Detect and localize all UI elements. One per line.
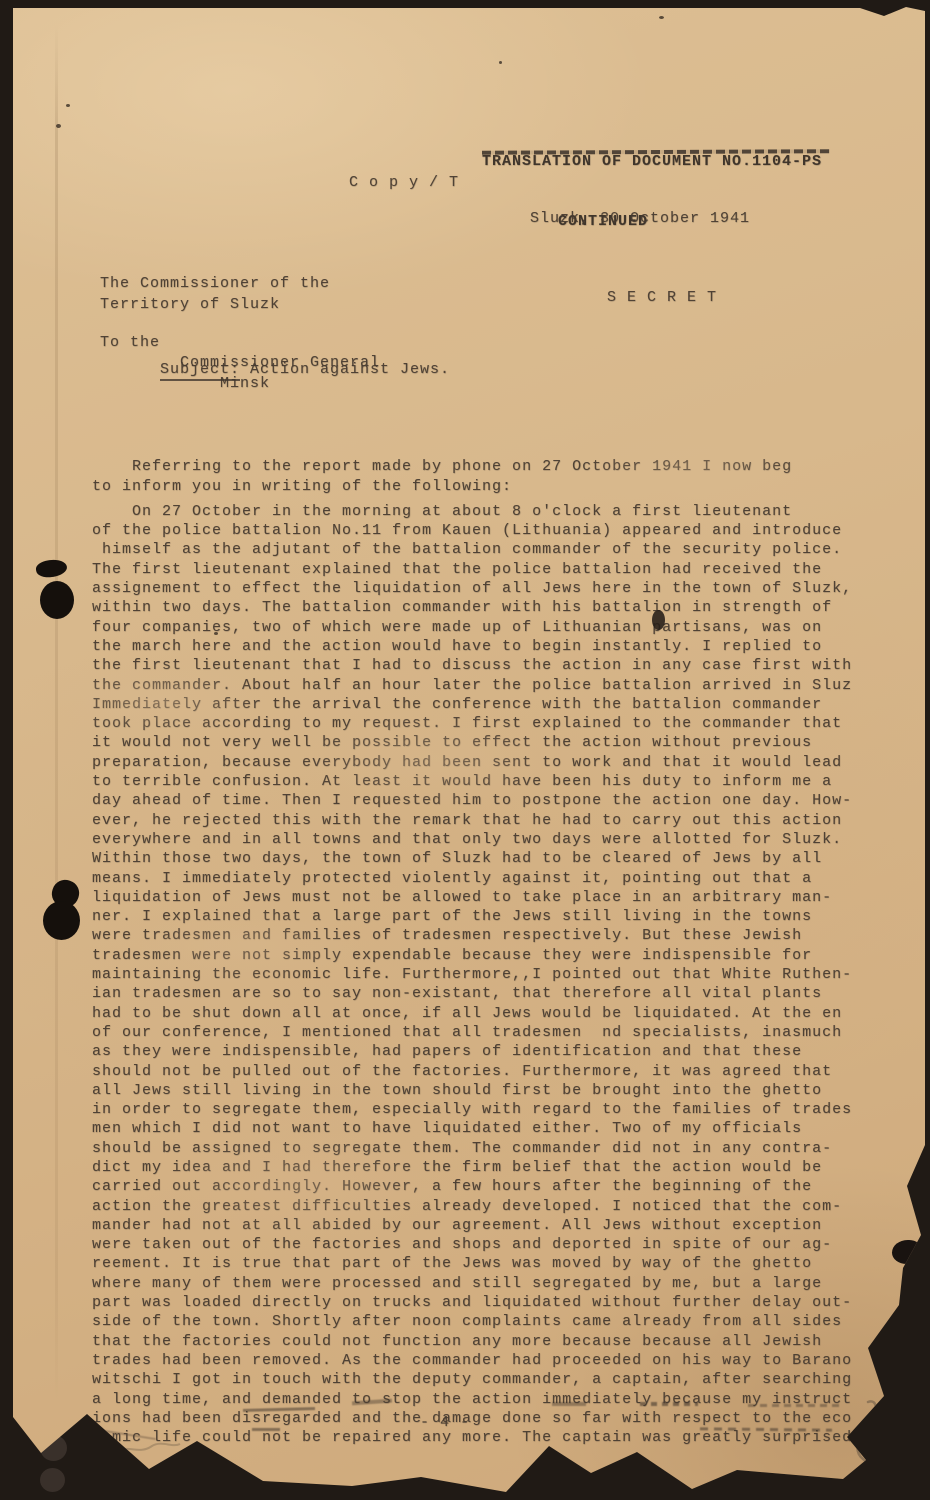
typed-line: part was loaded directly on trucks and l… bbox=[92, 1293, 852, 1312]
typed-line: day ahead of time. Then I requested him … bbox=[92, 791, 852, 810]
typed-line: should be assigned to segregate them. Th… bbox=[92, 1139, 852, 1158]
typed-line: ions had been disregarded and the damage… bbox=[92, 1409, 852, 1428]
typed-line: carried out accordingly. However, a few … bbox=[92, 1177, 852, 1196]
copy-label: C o p y / T bbox=[349, 174, 459, 191]
typed-line: nomic life could not be repaired any mor… bbox=[92, 1428, 852, 1447]
paper-speck bbox=[499, 61, 502, 64]
paper-speck bbox=[56, 124, 61, 128]
torn-edge-shadow bbox=[892, 1240, 922, 1264]
typed-line: tradesmen were not simply expendable bec… bbox=[92, 946, 852, 965]
typed-line: were taken out of the factories and shop… bbox=[92, 1235, 852, 1254]
pencil-mark bbox=[112, 1438, 182, 1460]
typed-line: should not be pulled out of the factorie… bbox=[92, 1062, 852, 1081]
subject-line: Subject: Action against Jews. bbox=[100, 344, 450, 395]
page-number: - 4 - bbox=[420, 1414, 470, 1431]
photo-background: TRANSLATION OF DOCUMENT NO.1104-PS CONTI… bbox=[0, 0, 930, 1500]
typed-line: it would not very well be possible to ef… bbox=[92, 733, 852, 752]
typed-line: himself as the adjutant of the battalion… bbox=[92, 540, 852, 559]
typed-line: liquidation of Jews must not be allowed … bbox=[92, 888, 852, 907]
dateline: Sluzk, 30 October 1941 bbox=[530, 210, 750, 227]
binder-hole-shadow-2 bbox=[40, 1468, 65, 1492]
typed-line: witschi I got in touch with the deputy c… bbox=[92, 1370, 852, 1389]
smudge-mark bbox=[903, 1392, 921, 1395]
document-page: TRANSLATION OF DOCUMENT NO.1104-PS CONTI… bbox=[0, 0, 930, 1500]
typed-line: ian tradesmen are so to say non-existant… bbox=[92, 984, 852, 1003]
typed-line: all Jews still living in the town should… bbox=[92, 1081, 852, 1100]
typed-line: had to be shut down all at once, if all … bbox=[92, 1004, 852, 1023]
typed-line: took place according to my request. I fi… bbox=[92, 714, 852, 733]
ink-blot bbox=[652, 610, 665, 630]
typed-line: were tradesmen and families of tradesmen… bbox=[92, 926, 852, 945]
typed-line: mander had not at all abided by our agre… bbox=[92, 1216, 852, 1235]
typed-line: four companies, two of which were made u… bbox=[92, 618, 852, 637]
typed-line: a long time, and demanded to stop the ac… bbox=[92, 1390, 852, 1409]
smudge-mark bbox=[640, 1402, 698, 1406]
typed-line: reement. It is true that part of the Jew… bbox=[92, 1254, 852, 1273]
typed-line: ner. I explained that a large part of th… bbox=[92, 907, 852, 926]
typed-line: everywhere and in all towns and that onl… bbox=[92, 830, 852, 849]
typed-line: Immediately after the arrival the confer… bbox=[92, 695, 852, 714]
typed-line: On 27 October in the morning at about 8 … bbox=[92, 502, 852, 521]
paragraph-2: On 27 October in the morning at about 8 … bbox=[92, 444, 852, 1447]
paper-crease bbox=[55, 24, 58, 1404]
typed-line: that the factories could not function an… bbox=[92, 1332, 852, 1351]
typed-line: the commander. About half an hour later … bbox=[92, 676, 852, 695]
typed-line: dict my idea and I had therefore the fir… bbox=[92, 1158, 852, 1177]
smudge-mark bbox=[748, 1404, 840, 1407]
typed-line: Within those two days, the town of Sluzk… bbox=[92, 849, 852, 868]
typed-line: assignement to effect the liquidation of… bbox=[92, 579, 852, 598]
smudge-mark bbox=[552, 1402, 586, 1406]
typed-line: of our conference, I mentioned that all … bbox=[92, 1023, 852, 1042]
punched-hole-icon bbox=[40, 581, 74, 619]
typed-line: ever, he rejected this with the remark t… bbox=[92, 811, 852, 830]
typed-line: in order to segregate them, especially w… bbox=[92, 1100, 852, 1119]
punched-hole-icon bbox=[43, 901, 80, 940]
typed-line: means. I immediately protected violently… bbox=[92, 869, 852, 888]
typed-line: action the greatest difficulties already… bbox=[92, 1197, 852, 1216]
typed-line: where many of them were processed and st… bbox=[92, 1274, 852, 1293]
subject-text: Action against Jews. bbox=[240, 361, 450, 378]
typed-line: within two days. The battalion commander… bbox=[92, 598, 852, 617]
punched-hole-icon bbox=[35, 558, 68, 579]
typed-line: of the police battalion No.11 from Kauen… bbox=[92, 521, 852, 540]
typed-line: preparation, because everybody had been … bbox=[92, 753, 852, 772]
subject-label: Subject: bbox=[160, 361, 240, 381]
typed-line: trades had been removed. As the commande… bbox=[92, 1351, 852, 1370]
typed-line: side of the town. Shortly after noon com… bbox=[92, 1312, 852, 1331]
pencil-mark bbox=[846, 1398, 882, 1482]
typed-line: as they were indispensible, had papers o… bbox=[92, 1042, 852, 1061]
paper-speck bbox=[66, 104, 70, 107]
classification-stamp: S E C R E T bbox=[607, 289, 717, 306]
typed-line: men which I did not want to have liquida… bbox=[92, 1119, 852, 1138]
typed-line: the first lieutenant that I had to discu… bbox=[92, 656, 852, 675]
typed-line: to terrible confusion. At least it would… bbox=[92, 772, 852, 791]
typed-line: maintaining the economic life. Furthermo… bbox=[92, 965, 852, 984]
typed-line: the march here and the action would have… bbox=[92, 637, 852, 656]
paper-speck bbox=[659, 16, 664, 19]
document-header: TRANSLATION OF DOCUMENT NO.1104-PS CONTI… bbox=[482, 112, 836, 272]
typed-line: The first lieutenant explained that the … bbox=[92, 560, 852, 579]
smudge-mark bbox=[252, 1428, 280, 1431]
header-title: TRANSLATION OF DOCUMENT NO.1104-PS bbox=[482, 152, 836, 172]
